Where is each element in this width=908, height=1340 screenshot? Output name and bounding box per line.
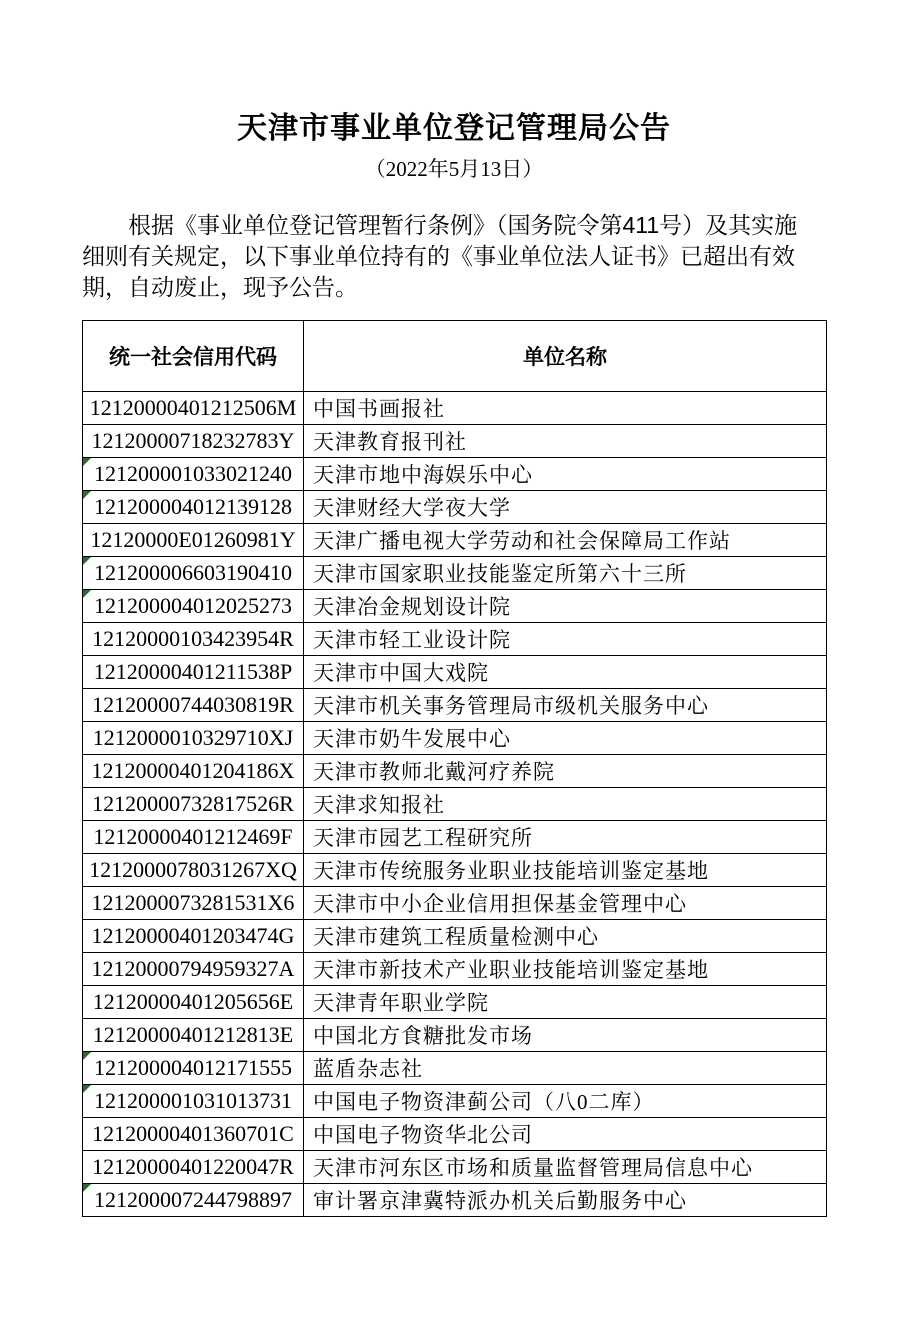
credit-code-text: 121200006603190410 <box>94 560 292 585</box>
unit-name-text: 天津市教师北戴河疗养院 <box>313 760 555 784</box>
header-unit-name: 单位名称 <box>304 321 827 392</box>
credit-code-text: 121200007244798897 <box>94 1187 292 1212</box>
credit-code-text: 12120000718232783Y <box>92 428 295 453</box>
credit-code-cell: 12120000103423954R <box>83 623 304 656</box>
credit-code-text: 12120000401212813E <box>93 1022 293 1047</box>
unit-name-cell: 天津市园艺工程研究所 <box>304 821 827 854</box>
unit-name-text: 天津教育报刊社 <box>313 430 467 454</box>
unit-table: 统一社会信用代码 单位名称 12120000401212506M 中国书画报社 … <box>82 320 827 1217</box>
flag-triangle-icon <box>83 590 91 598</box>
table-row: 12120000401360701C 中国电子物资华北公司 <box>83 1118 827 1151</box>
unit-name-cell: 蓝盾杂志社 <box>304 1052 827 1085</box>
credit-code-cell: 1212000010329710XJ <box>83 722 304 755</box>
unit-name-cell: 中国电子物资津蓟公司（八0二库） <box>304 1085 827 1118</box>
unit-name-cell: 天津市教师北戴河疗养院 <box>304 755 827 788</box>
table-row: 12120000732817526R 天津求知报社 <box>83 788 827 821</box>
credit-code-text: 1212000078031267XQ <box>89 857 297 882</box>
flag-triangle-icon <box>83 557 91 565</box>
table-row: 12120000E01260981Y 天津广播电视大学劳动和社会保障局工作站 <box>83 524 827 557</box>
table-row: 121200001031013731 中国电子物资津蓟公司（八0二库） <box>83 1085 827 1118</box>
unit-name-cell: 天津市新技术产业职业技能培训鉴定基地 <box>304 953 827 986</box>
unit-name-cell: 天津市轻工业设计院 <box>304 623 827 656</box>
credit-code-text: 12120000732817526R <box>92 791 294 816</box>
unit-name-text: 天津市轻工业设计院 <box>313 628 511 652</box>
unit-name-text: 天津市中小企业信用担保基金管理中心 <box>313 892 687 916</box>
unit-name-text: 天津市传统服务业职业技能培训鉴定基地 <box>313 859 709 883</box>
credit-code-text: 12120000794959327A <box>92 956 295 981</box>
unit-name-text: 天津冶金规划设计院 <box>313 595 511 619</box>
unit-name-cell: 天津市传统服务业职业技能培训鉴定基地 <box>304 854 827 887</box>
flag-triangle-icon <box>83 1184 91 1192</box>
credit-code-text: 12120000E01260981Y <box>90 527 295 552</box>
table-row: 1212000078031267XQ 天津市传统服务业职业技能培训鉴定基地 <box>83 854 827 887</box>
unit-name-text: 天津市奶牛发展中心 <box>313 727 511 751</box>
credit-code-text: 12120000401204186X <box>92 758 295 783</box>
credit-code-cell: 12120000744030819R <box>83 689 304 722</box>
unit-name-cell: 中国电子物资华北公司 <box>304 1118 827 1151</box>
unit-name-cell: 天津市建筑工程质量检测中心 <box>304 920 827 953</box>
credit-code-text: 121200001031013731 <box>94 1088 292 1113</box>
unit-name-text: 中国电子物资华北公司 <box>313 1123 533 1147</box>
document-content: 天津市事业单位登记管理局公告 （2022年5月13日） 根据《事业单位登记管理暂… <box>82 0 826 1217</box>
unit-name-text: 天津市建筑工程质量检测中心 <box>313 925 599 949</box>
credit-code-cell: 121200004012171555 <box>83 1052 304 1085</box>
credit-code-cell: 121200001031013731 <box>83 1085 304 1118</box>
table-row: 12120000401205656E 天津青年职业学院 <box>83 986 827 1019</box>
credit-code-text: 12120000401203474G <box>92 923 295 948</box>
table-row: 12120000103423954R 天津市轻工业设计院 <box>83 623 827 656</box>
credit-code-cell: 12120000401211538P <box>83 656 304 689</box>
credit-code-cell: 12120000401220047R <box>83 1151 304 1184</box>
unit-name-text: 中国电子物资津蓟公司（八0二库） <box>313 1090 655 1114</box>
table-header-row: 统一社会信用代码 单位名称 <box>83 321 827 392</box>
table-row: 1212000073281531X6 天津市中小企业信用担保基金管理中心 <box>83 887 827 920</box>
unit-name-text: 中国书画报社 <box>313 397 445 421</box>
flag-triangle-icon <box>83 1085 91 1093</box>
unit-name-text: 天津市园艺工程研究所 <box>313 826 533 850</box>
table-row: 12120000744030819R 天津市机关事务管理局市级机关服务中心 <box>83 689 827 722</box>
unit-name-cell: 天津市中国大戏院 <box>304 656 827 689</box>
table-row: 12120000718232783Y 天津教育报刊社 <box>83 425 827 458</box>
flag-triangle-icon <box>83 491 91 499</box>
unit-name-cell: 中国北方食糖批发市场 <box>304 1019 827 1052</box>
unit-name-cell: 天津市奶牛发展中心 <box>304 722 827 755</box>
unit-name-text: 天津广播电视大学劳动和社会保障局工作站 <box>313 529 731 553</box>
credit-code-text: 12120000401205656E <box>93 989 293 1014</box>
table-row: 121200007244798897 审计署京津冀特派办机关后勤服务中心 <box>83 1184 827 1217</box>
table-row: 121200004012139128 天津财经大学夜大学 <box>83 491 827 524</box>
unit-name-cell: 天津财经大学夜大学 <box>304 491 827 524</box>
credit-code-text: 1212000073281531X6 <box>92 890 295 915</box>
table-row: 121200006603190410 天津市国家职业技能鉴定所第六十三所 <box>83 557 827 590</box>
credit-code-cell: 12120000E01260981Y <box>83 524 304 557</box>
unit-name-text: 天津市中国大戏院 <box>313 661 489 685</box>
document-body: 根据《事业单位登记管理暂行条例》（国务院令第411号）及其实施 细则有关规定，以… <box>82 210 826 303</box>
unit-name-cell: 中国书画报社 <box>304 392 827 425</box>
unit-name-text: 天津财经大学夜大学 <box>313 496 511 520</box>
unit-name-text: 天津市机关事务管理局市级机关服务中心 <box>313 694 709 718</box>
unit-name-text: 审计署京津冀特派办机关后勤服务中心 <box>313 1189 687 1213</box>
credit-code-text: 12120000401212469F <box>93 824 292 849</box>
credit-code-text: 121200004012025273 <box>94 593 292 618</box>
credit-code-cell: 12120000732817526R <box>83 788 304 821</box>
document-date: （2022年5月13日） <box>82 156 826 182</box>
header-credit-code: 统一社会信用代码 <box>83 321 304 392</box>
credit-code-cell: 12120000794959327A <box>83 953 304 986</box>
unit-name-text: 天津市新技术产业职业技能培训鉴定基地 <box>313 958 709 982</box>
unit-table-body: 12120000401212506M 中国书画报社 12120000718232… <box>83 392 827 1217</box>
credit-code-text: 121200004012171555 <box>94 1055 292 1080</box>
credit-code-text: 12120000401220047R <box>92 1154 294 1179</box>
credit-code-cell: 12120000401212813E <box>83 1019 304 1052</box>
unit-name-text: 天津市国家职业技能鉴定所第六十三所 <box>313 562 687 586</box>
unit-name-cell: 天津市机关事务管理局市级机关服务中心 <box>304 689 827 722</box>
unit-name-cell: 天津市国家职业技能鉴定所第六十三所 <box>304 557 827 590</box>
credit-code-cell: 1212000073281531X6 <box>83 887 304 920</box>
page-title: 天津市事业单位登记管理局公告 <box>82 110 826 148</box>
announcement-page: 天津市事业单位登记管理局公告 （2022年5月13日） 根据《事业单位登记管理暂… <box>0 0 908 1340</box>
table-row: 12120000401212469F 天津市园艺工程研究所 <box>83 821 827 854</box>
unit-name-text: 蓝盾杂志社 <box>313 1057 423 1081</box>
credit-code-cell: 121200001033021240 <box>83 458 304 491</box>
table-row: 12120000401220047R 天津市河东区市场和质量监督管理局信息中心 <box>83 1151 827 1184</box>
table-row: 12120000401212506M 中国书画报社 <box>83 392 827 425</box>
credit-code-cell: 12120000401212469F <box>83 821 304 854</box>
unit-name-text: 天津青年职业学院 <box>313 991 489 1015</box>
credit-code-cell: 12120000401360701C <box>83 1118 304 1151</box>
credit-code-text: 121200001033021240 <box>94 461 292 486</box>
unit-name-cell: 天津市中小企业信用担保基金管理中心 <box>304 887 827 920</box>
table-row: 12120000401212813E 中国北方食糖批发市场 <box>83 1019 827 1052</box>
body-line: 细则有关规定，以下事业单位持有的《事业单位法人证书》已超出有效 <box>82 241 826 272</box>
table-row: 12120000401211538P 天津市中国大戏院 <box>83 656 827 689</box>
unit-name-cell: 审计署京津冀特派办机关后勤服务中心 <box>304 1184 827 1217</box>
unit-name-cell: 天津求知报社 <box>304 788 827 821</box>
credit-code-text: 1212000010329710XJ <box>93 725 293 750</box>
credit-code-cell: 12120000718232783Y <box>83 425 304 458</box>
table-row: 121200001033021240 天津市地中海娱乐中心 <box>83 458 827 491</box>
credit-code-text: 12120000401212506M <box>90 395 297 420</box>
credit-code-cell: 1212000078031267XQ <box>83 854 304 887</box>
flag-triangle-icon <box>83 1052 91 1060</box>
credit-code-cell: 12120000401204186X <box>83 755 304 788</box>
credit-code-cell: 12120000401212506M <box>83 392 304 425</box>
unit-table-header: 统一社会信用代码 单位名称 <box>83 321 827 392</box>
body-line: 期，自动废止，现予公告。 <box>82 272 826 303</box>
unit-name-cell: 天津市地中海娱乐中心 <box>304 458 827 491</box>
table-row: 12120000794959327A 天津市新技术产业职业技能培训鉴定基地 <box>83 953 827 986</box>
body-line: 根据《事业单位登记管理暂行条例》（国务院令第411号）及其实施 <box>82 210 826 241</box>
unit-name-cell: 天津教育报刊社 <box>304 425 827 458</box>
unit-name-text: 中国北方食糖批发市场 <box>313 1024 533 1048</box>
credit-code-cell: 121200006603190410 <box>83 557 304 590</box>
credit-code-text: 12120000744030819R <box>92 692 294 717</box>
unit-name-text: 天津市河东区市场和质量监督管理局信息中心 <box>313 1156 753 1180</box>
table-row: 12120000401204186X 天津市教师北戴河疗养院 <box>83 755 827 788</box>
unit-name-cell: 天津青年职业学院 <box>304 986 827 1019</box>
unit-name-cell: 天津广播电视大学劳动和社会保障局工作站 <box>304 524 827 557</box>
credit-code-cell: 121200004012139128 <box>83 491 304 524</box>
credit-code-cell: 121200007244798897 <box>83 1184 304 1217</box>
table-row: 12120000401203474G 天津市建筑工程质量检测中心 <box>83 920 827 953</box>
credit-code-text: 121200004012139128 <box>94 494 292 519</box>
table-row: 121200004012171555 蓝盾杂志社 <box>83 1052 827 1085</box>
unit-name-text: 天津求知报社 <box>313 793 445 817</box>
credit-code-cell: 121200004012025273 <box>83 590 304 623</box>
credit-code-text: 12120000103423954R <box>92 626 294 651</box>
table-row: 121200004012025273 天津冶金规划设计院 <box>83 590 827 623</box>
credit-code-cell: 12120000401203474G <box>83 920 304 953</box>
table-row: 1212000010329710XJ 天津市奶牛发展中心 <box>83 722 827 755</box>
credit-code-text: 12120000401360701C <box>92 1121 294 1146</box>
unit-name-cell: 天津市河东区市场和质量监督管理局信息中心 <box>304 1151 827 1184</box>
flag-triangle-icon <box>83 458 91 466</box>
unit-name-text: 天津市地中海娱乐中心 <box>313 463 533 487</box>
credit-code-cell: 12120000401205656E <box>83 986 304 1019</box>
credit-code-text: 12120000401211538P <box>94 659 292 684</box>
unit-name-cell: 天津冶金规划设计院 <box>304 590 827 623</box>
